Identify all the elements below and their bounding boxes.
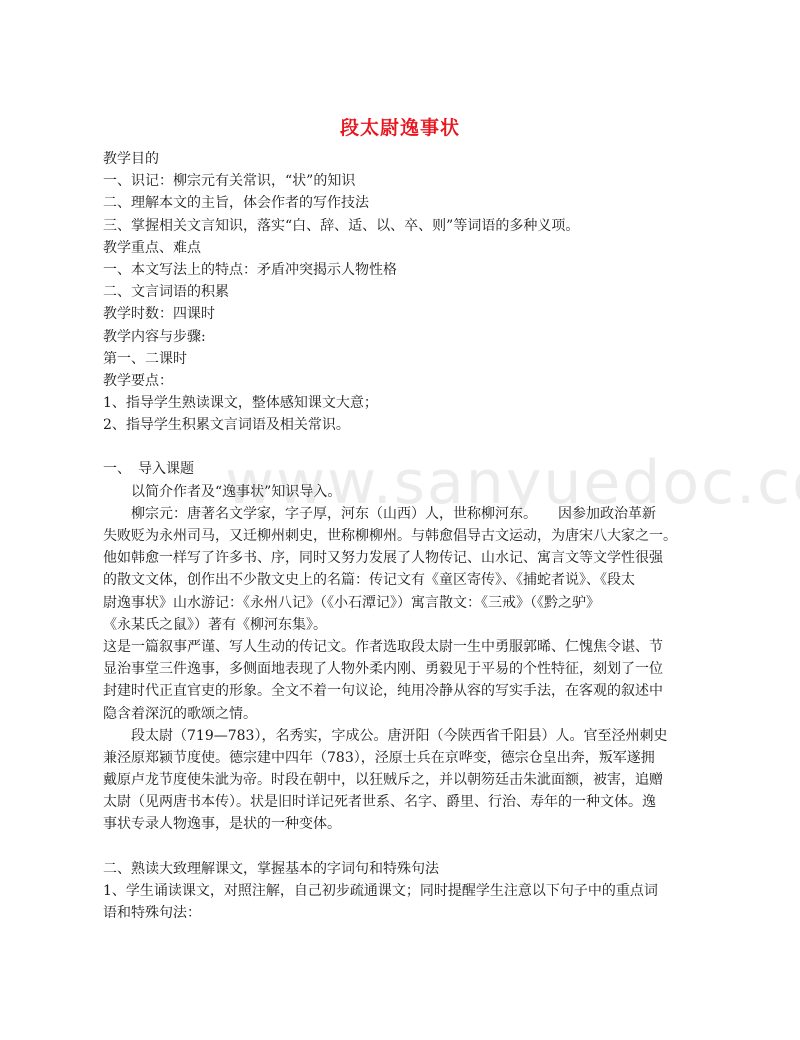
heading-content-steps: 教学内容与步骤: [103, 326, 695, 348]
reading-step-line: 语和特殊句法： [103, 902, 695, 924]
section-heading-intro: 一、 导入课题 [103, 458, 695, 480]
summary-para-line: 封建时代正直官吏的形象。全文不着一句议论，纯用冷静从容的写实手法，在客观的叙述中 [103, 680, 695, 702]
biography-para-line: 戴原卢龙节度使朱泚为帝。时段在朝中，以狂贼斥之，并以朝笏廷击朱泚面额，被害，追赠 [103, 769, 695, 791]
teaching-hours: 教学时数：四课时 [103, 303, 695, 325]
spacer [103, 836, 695, 858]
heading-teaching-objectives: 教学目的 [103, 148, 695, 170]
summary-para-line: 隐含着深沉的歌颂之情。 [103, 703, 695, 725]
key-point-1: 一、本文写法上的特点：矛盾冲突揭示人物性格 [103, 259, 695, 281]
objective-3: 三、掌握相关文言知识，落实“白、辞、适、以、卒、则”等词语的多种义项。 [103, 215, 695, 237]
document-page: 段太尉逸事状 www.sanyuedoc.com 教学目的 一、识记：柳宗元有关… [0, 0, 800, 1040]
document-title: 段太尉逸事状 [0, 113, 800, 140]
teaching-point-1: 1、指导学生熟读课文，整体感知课文大意； [103, 392, 695, 414]
reading-step-line: 1、学生诵读课文，对照注解，自己初步疏通课文；同时提醒学生注意以下句子中的重点词 [103, 880, 695, 902]
biography-para-line: 事状专录人物逸事，是状的一种变体。 [103, 813, 695, 835]
heading-key-points: 教学重点、难点 [103, 237, 695, 259]
author-para-line: 柳宗元：唐著名文学家，字子厚，河东（山西）人，世称柳河东。 因参加政治革新 [103, 503, 695, 525]
heading-teaching-points: 教学要点： [103, 370, 695, 392]
intro-line: 以简介作者及“逸事状”知识导入。 [103, 481, 695, 503]
teaching-point-2: 2、指导学生积累文言词语及相关常识。 [103, 414, 695, 436]
spacer [103, 436, 695, 458]
summary-para-line: 这是一篇叙事严谨、写人生动的传记文。作者选取段太尉一生中勇服郭晞、仁愧焦令谌、节 [103, 636, 695, 658]
objective-1: 一、识记：柳宗元有关常识，“状”的知识 [103, 170, 695, 192]
summary-para-line: 显治事堂三件逸事，多侧面地表现了人物外柔内刚、勇毅见于平易的个性特征，刻划了一位 [103, 658, 695, 680]
biography-para-line: 兼泾原郑颍节度使。德宗建中四年（783），泾原士兵在京哗变，德宗仓皇出奔，叛军遂… [103, 747, 695, 769]
author-para-line: 的散文文体，创作出不少散文史上的名篇：传记文有《童区寄传》、《捕蛇者说》、《段太 [103, 569, 695, 591]
document-body: 教学目的 一、识记：柳宗元有关常识，“状”的知识 二、理解本文的主旨，体会作者的… [103, 148, 695, 924]
biography-para-line: 段太尉（719—783），名秀实，字成公。唐汧阳（今陕西省千阳县）人。官至泾州刺… [103, 725, 695, 747]
key-point-2: 二、文言词语的积累 [103, 281, 695, 303]
author-para-line: 尉逸事状》山水游记：《永州八记》（《小石潭记》）寓言散文：《三戒》（《黔之驴》 [103, 592, 695, 614]
section-heading-reading: 二、熟读大致理解课文，掌握基本的字词句和特殊句法 [103, 858, 695, 880]
objective-2: 二、理解本文的主旨，体会作者的写作技法 [103, 192, 695, 214]
author-para-line: 他如韩愈一样写了许多书、序，同时又努力发展了人物传记、山水记、寓言文等文学性很强 [103, 547, 695, 569]
lesson-periods: 第一、二课时 [103, 348, 695, 370]
biography-para-line: 太尉（见两唐书本传）。状是旧时详记死者世系、名字、爵里、行治、寿年的一种文体。逸 [103, 791, 695, 813]
author-para-line: 《永某氏之鼠》）著有《柳河东集》。 [103, 614, 695, 636]
author-para-line: 失败贬为永州司马，又迁柳州刺史，世称柳柳州。与韩愈倡导古文运动，为唐宋八大家之一… [103, 525, 695, 547]
